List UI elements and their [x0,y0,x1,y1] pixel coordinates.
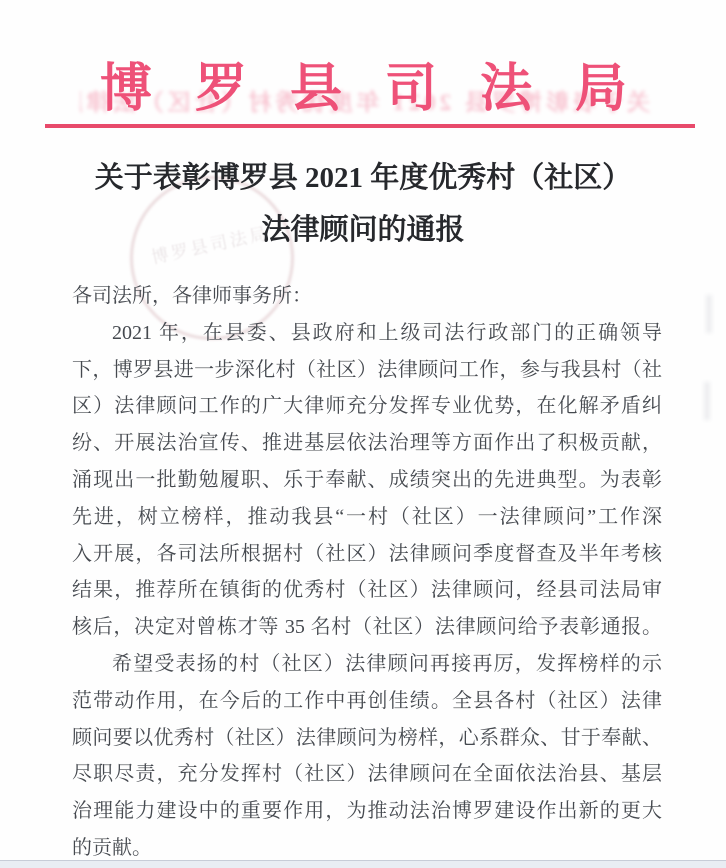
body-line: 结果，推荐所在镇街的优秀村（社区）法律顾问，经县司法局审 [72,572,662,609]
body-line: 尽职尽责，充分发挥村（社区）法律顾问在全面依法治县、基层 [72,756,662,793]
body-line: 2021 年，在县委、县政府和上级司法行政部门的正确领导 [72,315,662,352]
document-title-line2: 法律顾问的通报 [0,204,726,256]
scan-edge-smudge [706,295,712,333]
document-body: 各司法所，各律师事务所： 2021 年，在县委、县政府和上级司法行政部门的正确领… [72,278,662,867]
document-title: 关于表彰博罗县 2021 年度优秀村（社区） 法律顾问的通报 [0,152,726,256]
body-line: 范带动作用，在今后的工作中再创佳绩。全县各村（社区）法律 [72,683,662,720]
body-line: 先进，树立榜样，推动我县“一村（社区）一法律顾问”工作深 [72,499,662,536]
document-title-line1: 关于表彰博罗县 2021 年度优秀村（社区） [0,152,726,204]
scan-edge-smudge [704,382,710,420]
body-line: 核后，决定对曾栋才等 35 名村（社区）法律顾问给予表彰通报。 [72,609,662,646]
org-header: 博 罗 县 司 法 局 [8,46,726,121]
body-line: 区）法律顾问工作的广大律师充分发挥专业优势，在化解矛盾纠 [72,388,662,425]
page-bottom-edge [0,860,726,868]
document-page: 关于表彰博罗县 2021 年度优秀村（社区）法律顾问的通报 博 罗 县 司 法 … [0,0,726,868]
body-line: 纷、开展法治宣传、推进基层依法治理等方面作出了积极贡献， [72,425,662,462]
body-line: 入开展，各司法所根据村（社区）法律顾问季度督查及半年考核 [72,536,662,573]
body-line: 希望受表扬的村（社区）法律顾问再接再厉，发挥榜样的示 [72,646,662,683]
body-line: 顾问要以优秀村（社区）法律顾问为榜样，心系群众、甘于奉献、 [72,720,662,757]
salutation-line: 各司法所，各律师事务所： [72,278,662,315]
letterhead-rule [45,124,695,128]
body-line: 治理能力建设中的重要作用，为推动法治博罗建设作出新的更大 [72,793,662,830]
body-line: 下，博罗县进一步深化村（社区）法律顾问工作，参与我县村（社 [72,352,662,389]
body-line: 涌现出一批勤勉履职、乐于奉献、成绩突出的先进典型。为表彰 [72,462,662,499]
